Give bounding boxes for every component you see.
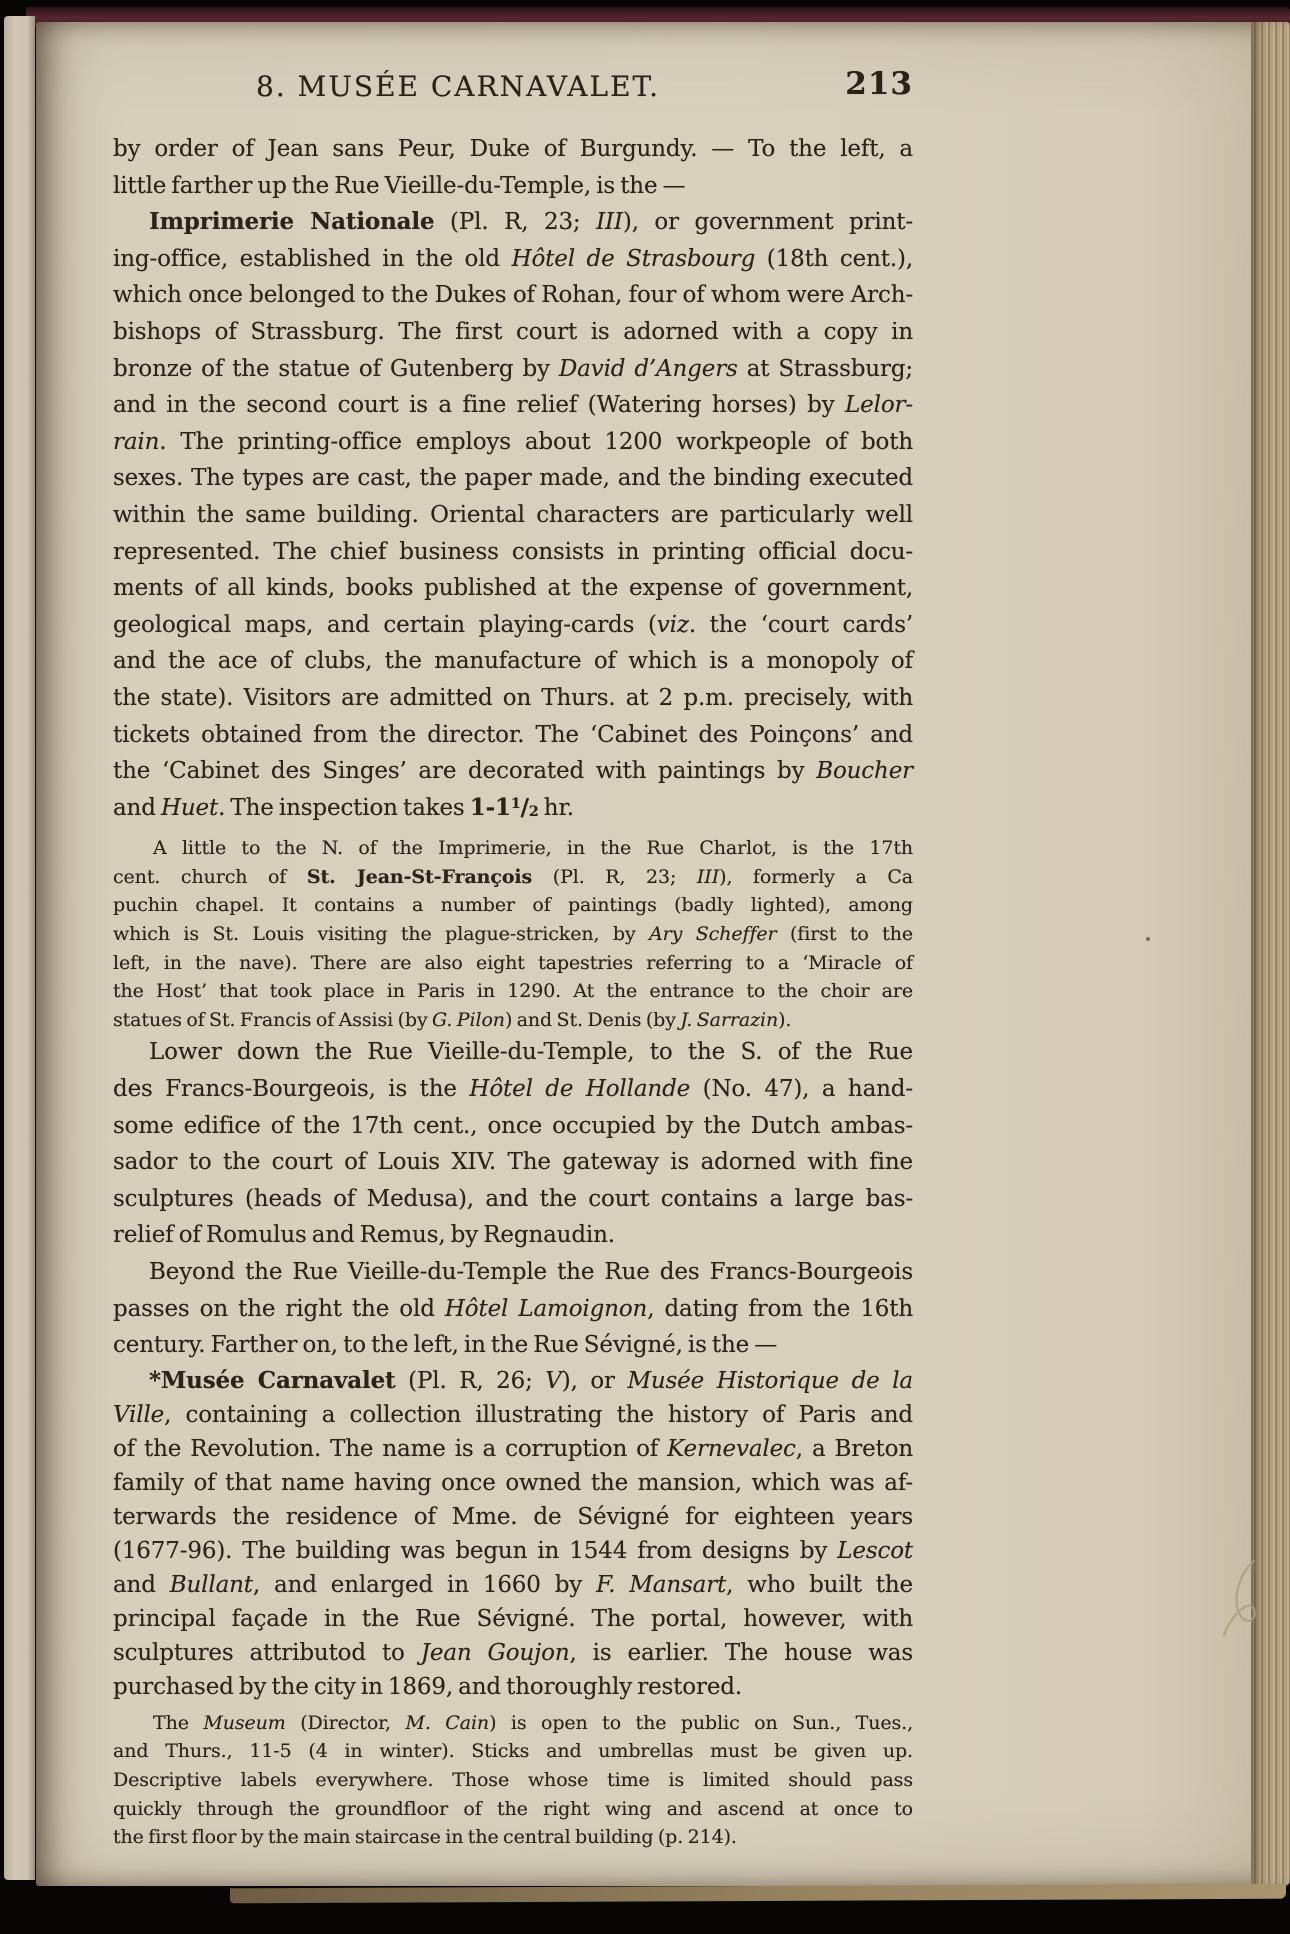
text-line: the ‘Cabinet des Singes’ are decorated w… xyxy=(113,753,913,790)
text-line: sculptures attributod to Jean Goujon, is… xyxy=(113,1636,913,1670)
running-title: 8. MUSÉE CARNAVALET. xyxy=(113,70,803,103)
text-line: (1677-96). The building was begun in 154… xyxy=(113,1534,913,1568)
text-line: by order of Jean sans Peur, Duke of Burg… xyxy=(113,131,913,168)
text-line: Descriptive labels everywhere. Those who… xyxy=(113,1766,913,1795)
text-line: bishops of Strassburg. The first court i… xyxy=(113,314,913,351)
text-line: Beyond the Rue Vieille-du-Temple the Rue… xyxy=(113,1254,913,1291)
text-line: Imprimerie Nationale (Pl. R, 23; III), o… xyxy=(113,204,913,241)
text-line: which once belonged to the Dukes of Roha… xyxy=(113,277,913,314)
text-line: Ville, containing a collection illustrat… xyxy=(113,1398,913,1432)
text-line: century. Farther on, to the left, in the… xyxy=(113,1327,913,1364)
paragraph: The Museum (Director, M. Cain) is open t… xyxy=(113,1709,913,1852)
text-line: which is St. Louis visiting the plague-s… xyxy=(113,920,913,949)
text-line: and the ace of clubs, the manufacture of… xyxy=(113,643,913,680)
previous-page-edge xyxy=(4,16,35,1880)
text-line: sador to the court of Louis XIV. The gat… xyxy=(113,1144,913,1181)
text-line: ing-office, established in the old Hôtel… xyxy=(113,241,913,278)
text-line: and Bullant, and enlarged in 1660 by F. … xyxy=(113,1568,913,1602)
text-line: principal façade in the Rue Sévigné. The… xyxy=(113,1602,913,1636)
text-line: cent. church of St. Jean-St-François (Pl… xyxy=(113,863,913,892)
text-line: the first floor by the main staircase in… xyxy=(113,1823,913,1852)
paragraph: Lower down the Rue Vieille-du-Temple, to… xyxy=(113,1034,913,1254)
paragraph: Beyond the Rue Vieille-du-Temple the Rue… xyxy=(113,1254,913,1364)
text-line: The Museum (Director, M. Cain) is open t… xyxy=(113,1709,913,1738)
text-line: sexes. The types are cast, the paper mad… xyxy=(113,460,913,497)
text-line: and Huet. The inspection takes 1-11/2 hr… xyxy=(113,790,913,830)
page-header: 8. MUSÉE CARNAVALET. 213 xyxy=(113,70,913,110)
text-line: family of that name having once owned th… xyxy=(113,1466,913,1500)
text-line: des Francs-Bourgeois, is the Hôtel de Ho… xyxy=(113,1071,913,1108)
text-line: ments of all kinds, books published at t… xyxy=(113,570,913,607)
text-line: bronze of the statue of Gutenberg by Dav… xyxy=(113,351,913,388)
paragraph: A little to the N. of the Imprimerie, in… xyxy=(113,834,913,1034)
paragraph: by order of Jean sans Peur, Duke of Burg… xyxy=(113,131,913,204)
text-line: purchased by the city in 1869, and thoro… xyxy=(113,1670,913,1704)
paper-speck xyxy=(1146,937,1150,941)
text-line: some edifice of the 17th cent., once occ… xyxy=(113,1108,913,1145)
text-line: within the same building. Oriental chara… xyxy=(113,497,913,534)
text-line: *Musée Carnavalet (Pl. R, 26; V), or Mus… xyxy=(113,1364,913,1398)
text-line: terwards the residence of Mme. de Sévign… xyxy=(113,1500,913,1534)
text-line: represented. The chief business consists… xyxy=(113,534,913,571)
text-line: A little to the N. of the Imprimerie, in… xyxy=(113,834,913,863)
text-line: left, in the nave). There are also eight… xyxy=(113,949,913,978)
scanned-book-photo: { "colors":{ "background":"#080605", "co… xyxy=(0,0,1290,1934)
text-line: relief of Romulus and Remus, by Regnaudi… xyxy=(113,1217,913,1254)
text-line: and in the second court is a fine relief… xyxy=(113,387,913,424)
page-body: by order of Jean sans Peur, Duke of Burg… xyxy=(113,131,913,1852)
text-line: Lower down the Rue Vieille-du-Temple, to… xyxy=(113,1034,913,1071)
text-line: the state). Visitors are admitted on Thu… xyxy=(113,680,913,717)
text-line: of the Revolution. The name is a corrupt… xyxy=(113,1432,913,1466)
pencil-mark xyxy=(1202,1557,1272,1647)
book-bottom-edge xyxy=(230,1884,1286,1904)
text-line: the Host’ that took place in Paris in 12… xyxy=(113,977,913,1006)
text-line: rain. The printing-office employs about … xyxy=(113,424,913,461)
text-line: statues of St. Francis of Assisi (by G. … xyxy=(113,1006,913,1035)
text-line: puchin chapel. It contains a number of p… xyxy=(113,891,913,920)
text-line: sculptures (heads of Medusa), and the co… xyxy=(113,1181,913,1218)
text-line: quickly through the groundfloor of the r… xyxy=(113,1795,913,1824)
page-number: 213 xyxy=(845,66,913,102)
text-line: tickets obtained from the director. The … xyxy=(113,717,913,754)
paragraph: Imprimerie Nationale (Pl. R, 23; III), o… xyxy=(113,204,913,829)
text-line: little farther up the Rue Vieille-du-Tem… xyxy=(113,168,913,205)
text-line: geological maps, and certain playing-car… xyxy=(113,607,913,644)
text-line: and Thurs., 11-5 (4 in winter). Sticks a… xyxy=(113,1737,913,1766)
paragraph: *Musée Carnavalet (Pl. R, 26; V), or Mus… xyxy=(113,1364,913,1704)
text-line: passes on the right the old Hôtel Lamoig… xyxy=(113,1291,913,1328)
